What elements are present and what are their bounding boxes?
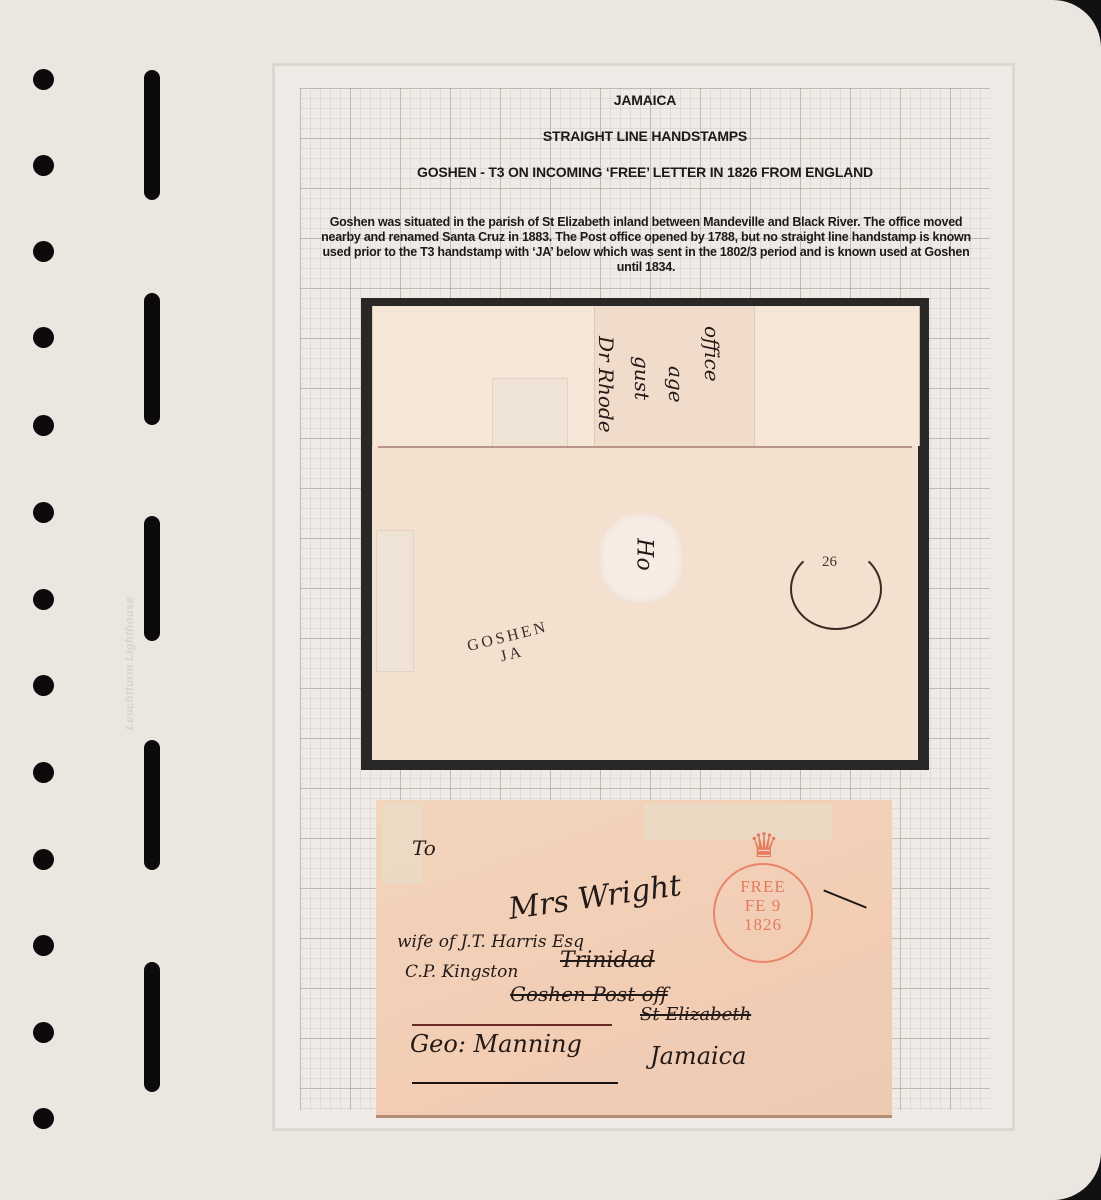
- address-to: To: [412, 836, 436, 860]
- address-jamaica: Jamaica: [650, 1042, 746, 1070]
- free-postmark: FREE FE 9 1826: [713, 863, 813, 963]
- address-line-wife: wife of J.T. Harris Esq: [397, 932, 584, 952]
- docket-line: age: [664, 366, 688, 466]
- binder-slot: [144, 516, 160, 641]
- binder-hole: [33, 502, 54, 523]
- binder-slot: [144, 293, 160, 425]
- wax-seal-remnant: Ho: [598, 512, 684, 604]
- free-text: FREE: [715, 877, 811, 896]
- binder-slot: [144, 70, 160, 200]
- binder-hole: [33, 1108, 54, 1129]
- album-page: Leuchtturm Lighthouse JAMAICA STRAIGHT L…: [0, 0, 1101, 1200]
- page-subheading: STRAIGHT LINE HANDSTAMPS: [300, 128, 990, 144]
- page-heading: JAMAICA: [300, 92, 990, 108]
- docket-line: Dr Rhode: [594, 336, 618, 456]
- crown-icon: ♛: [742, 827, 786, 865]
- page-caption: GOSHEN - T3 ON INCOMING ‘FREE’ LETTER IN…: [300, 164, 990, 180]
- sender-signature: Geo: Manning: [410, 1030, 582, 1058]
- description-text: Goshen was situated in the parish of St …: [318, 215, 974, 275]
- hinge-tape: [644, 804, 832, 840]
- manufacturer-watermark: Leuchtturm Lighthouse: [124, 560, 142, 730]
- binder-slot: [144, 962, 160, 1092]
- docket-line: office: [700, 326, 724, 456]
- hinge-patch: [376, 530, 414, 672]
- hinge-patch: [492, 378, 568, 450]
- seal-script: Ho: [632, 538, 657, 570]
- pen-rule: [412, 1082, 618, 1084]
- binder-hole: [33, 762, 54, 783]
- backstamp-postmark: 26: [790, 548, 882, 630]
- binder-slot: [144, 740, 160, 870]
- binder-hole: [33, 1022, 54, 1043]
- address-line-cp: C.P. Kingston: [405, 962, 518, 982]
- free-year: 1826: [715, 915, 811, 934]
- binder-hole: [33, 327, 54, 348]
- free-date: FE 9: [715, 896, 811, 915]
- binder-hole: [33, 589, 54, 610]
- address-struck-1: Trinidad: [560, 948, 655, 973]
- address-struck-2: Goshen Post off: [510, 982, 668, 1006]
- binder-hole: [33, 849, 54, 870]
- binder-hole: [33, 69, 54, 90]
- docket-line: gust: [630, 356, 654, 466]
- backstamp-date: 26: [822, 554, 837, 571]
- right-flap: [754, 306, 920, 446]
- binder-hole: [33, 935, 54, 956]
- binder-hole: [33, 415, 54, 436]
- address-struck-3: St Elizabeth: [640, 1004, 751, 1025]
- pen-rule: [412, 1024, 612, 1026]
- binder-hole: [33, 155, 54, 176]
- binder-hole: [33, 241, 54, 262]
- binder-hole: [33, 675, 54, 696]
